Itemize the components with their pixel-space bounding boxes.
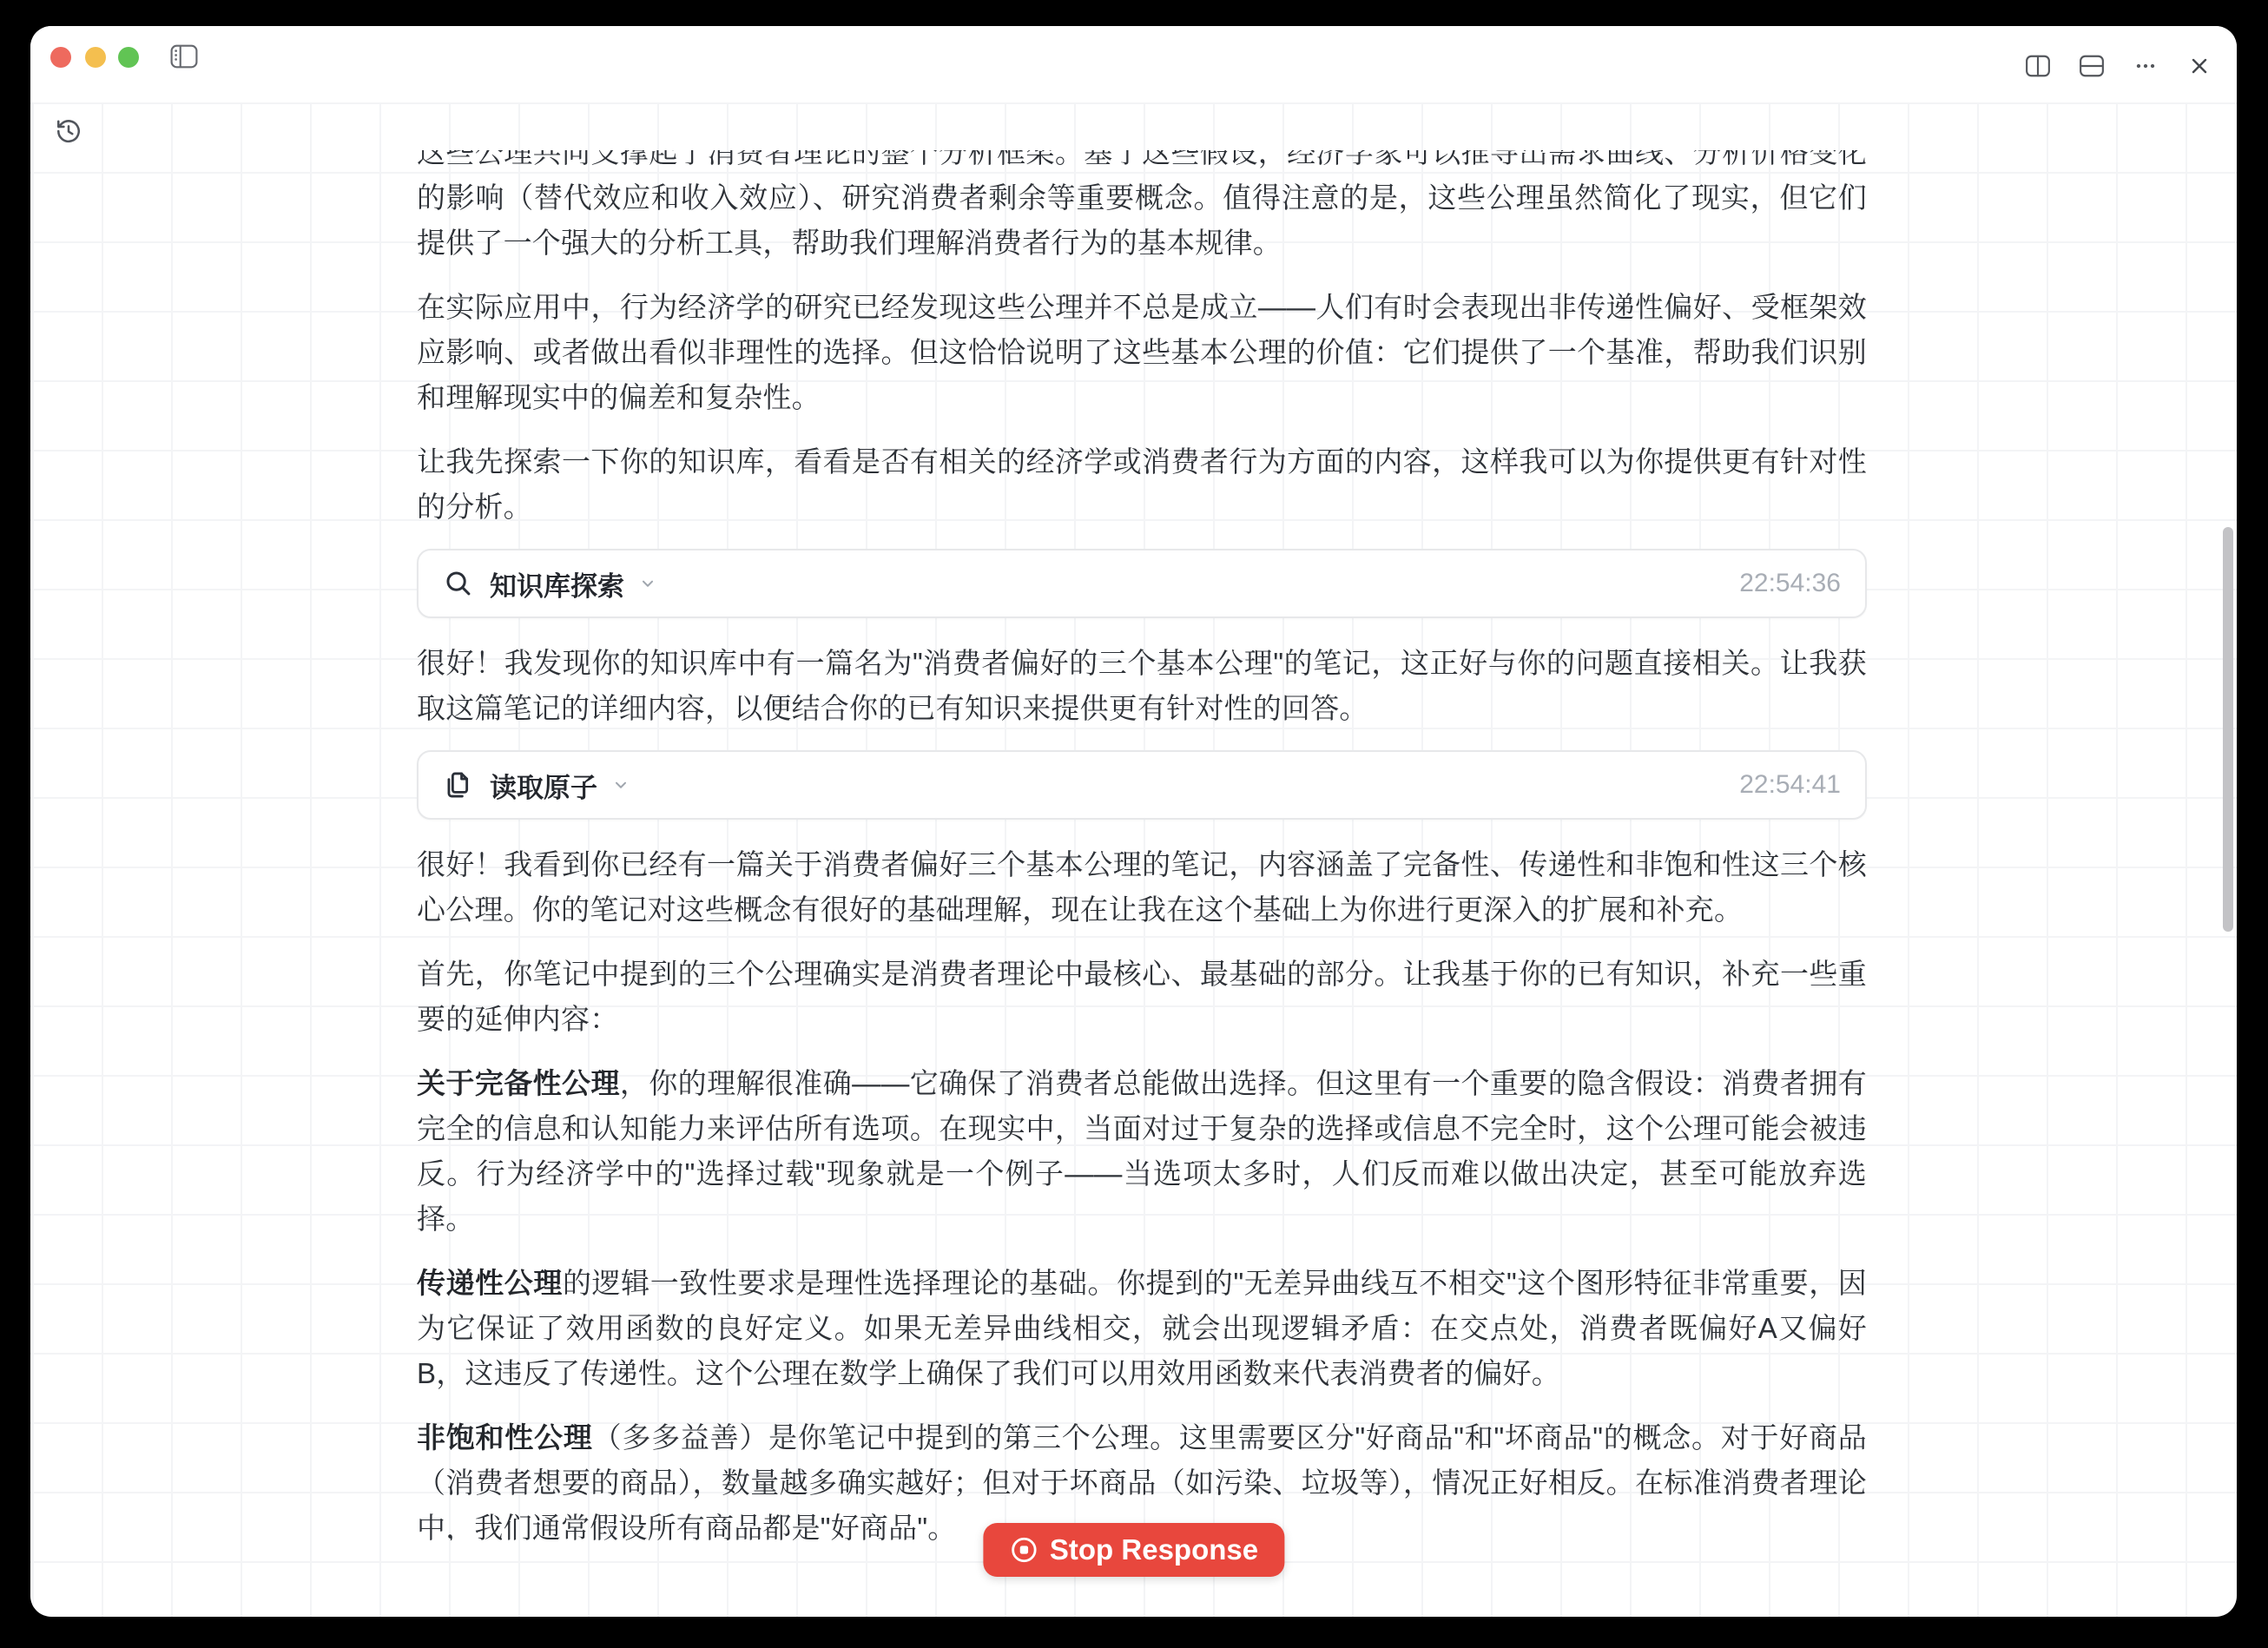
app-window: 这些公理共同支撑起了消费者理论的整个分析框架。基于这些假设，经济学家可以推导出需…: [30, 26, 2237, 1617]
paragraph: 很好！我看到你已经有一篇关于消费者偏好三个基本公理的笔记，内容涵盖了完备性、传递…: [417, 842, 1867, 933]
tool-call-card[interactable]: 读取原子22:54:41: [417, 750, 1867, 820]
paragraph: 这些公理共同支撑起了消费者理论的整个分析框架。基于这些假设，经济学家可以推导出需…: [417, 150, 1867, 266]
paragraph: 首先，你笔记中提到的三个公理确实是消费者理论中最核心、最基础的部分。让我基于你的…: [417, 952, 1867, 1042]
chevron-down-icon: [638, 574, 657, 593]
scrollbar-thumb[interactable]: [2223, 527, 2233, 932]
stop-button-label: Stop Response: [1050, 1533, 1258, 1566]
stop-response-button[interactable]: Stop Response: [983, 1523, 1284, 1577]
chevron-down-icon: [611, 775, 630, 794]
sidebar-toggle-icon[interactable]: [170, 44, 198, 69]
history-icon[interactable]: [54, 116, 83, 146]
search-icon: [443, 568, 474, 599]
tool-call-label: 知识库探索: [490, 564, 624, 603]
paragraph: 关于完备性公理，你的理解很准确——它确保了消费者总能做出选择。但这里有一个重要的…: [417, 1061, 1867, 1242]
tool-call-label: 读取原子: [490, 766, 597, 805]
split-horizontal-icon[interactable]: [2079, 53, 2105, 79]
paragraph: 非饱和性公理（多多益善）是你笔记中提到的第三个公理。这里需要区分"好商品"和"坏…: [417, 1415, 1867, 1540]
copy-icon: [443, 769, 474, 801]
tool-call-timestamp: 22:54:41: [1739, 770, 1841, 800]
paragraph: 让我先探索一下你的知识库，看看是否有相关的经济学或消费者行为方面的内容，这样我可…: [417, 439, 1867, 530]
traffic-light-close[interactable]: [50, 47, 71, 68]
split-vertical-icon[interactable]: [2025, 53, 2051, 79]
message-column: 这些公理共同支撑起了消费者理论的整个分析框架。基于这些假设，经济学家可以推导出需…: [417, 150, 1867, 1540]
titlebar-actions: [2025, 53, 2212, 79]
paragraph: 传递性公理的逻辑一致性要求是理性选择理论的基础。你提到的"无差异曲线互不相交"这…: [417, 1261, 1867, 1396]
message-viewport: 这些公理共同支撑起了消费者理论的整个分析框架。基于这些假设，经济学家可以推导出需…: [30, 150, 2237, 1540]
tool-call-timestamp: 22:54:36: [1739, 569, 1841, 598]
traffic-light-minimize[interactable]: [85, 47, 106, 68]
traffic-light-zoom[interactable]: [118, 47, 139, 68]
paragraph: 在实际应用中，行为经济学的研究已经发现这些公理并不总是成立——人们有时会表现出非…: [417, 285, 1867, 420]
stop-icon: [1009, 1535, 1038, 1565]
more-icon[interactable]: [2133, 53, 2159, 79]
tool-call-card[interactable]: 知识库探索22:54:36: [417, 549, 1867, 618]
paragraph: 很好！我发现你的知识库中有一篇名为"消费者偏好的三个基本公理"的笔记，这正好与你…: [417, 641, 1867, 731]
close-icon[interactable]: [2186, 53, 2212, 79]
titlebar: [30, 26, 2237, 102]
